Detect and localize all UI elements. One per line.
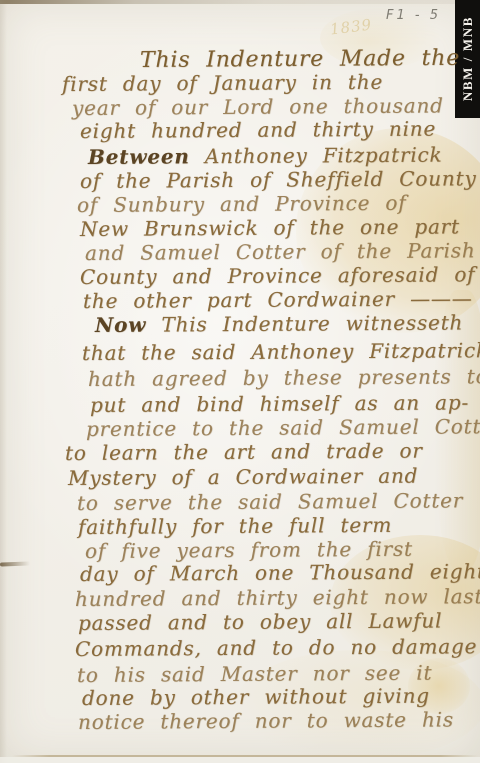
manuscript-line: put and bind himself as an ap-: [90, 390, 469, 417]
archive-label-text: NBM / MNB: [460, 16, 476, 101]
manuscript-line: to serve the said Samuel Cotter: [77, 488, 463, 515]
manuscript-line: Commands, and to do no damage: [75, 634, 477, 661]
manuscript-line: eight hundred and thirty nine: [80, 117, 436, 143]
manuscript-line: notice thereof nor to waste his: [78, 707, 454, 734]
manuscript-line: Now This Indenture witnesseth: [95, 310, 463, 337]
manuscript-line: first day of January in the: [62, 70, 383, 96]
manuscript-word-emphasis: Between: [88, 144, 190, 169]
manuscript-line: This Indenture Made the: [140, 46, 460, 73]
manuscript-line: day of March one Thousand eight: [80, 559, 480, 586]
manuscript-scan: 1839 F1 - 5 NBM / MNB This Indenture Mad…: [0, 0, 480, 763]
manuscript-line: and Samuel Cotter of the Parish: [85, 238, 476, 265]
manuscript-line: prentice to the said Samuel Cotter: [86, 414, 480, 441]
manuscript-line: the other part Cordwainer ———: [83, 286, 473, 313]
catalog-number: F1 - 5: [386, 8, 441, 23]
manuscript-line: hundred and thirty eight now last: [75, 584, 480, 611]
manuscript-line-rest: Anthoney Fitzpatrick: [190, 143, 443, 169]
manuscript-line: of the Parish of Sheffield County: [80, 166, 477, 193]
manuscript-line: hath agreed by these presents to: [88, 364, 480, 391]
manuscript-line: County and Province aforesaid of: [80, 262, 476, 289]
crease-mark: [0, 561, 30, 566]
manuscript-line: done by other without giving: [82, 684, 430, 710]
manuscript-line: of Sunbury and Province of: [77, 191, 407, 217]
manuscript-line: Between Anthoney Fitzpatrick: [88, 143, 443, 169]
scan-left-edge: [0, 0, 7, 763]
paper-below-fold: [0, 757, 480, 763]
manuscript-line: passed and to obey all Lawful: [78, 608, 442, 635]
scan-top-edge: [0, 0, 480, 4]
manuscript-line-rest: This Indenture witnesseth: [146, 310, 463, 336]
manuscript-line: New Brunswick of the one part: [80, 214, 460, 241]
manuscript-line: faithfully for the full term: [78, 513, 392, 539]
manuscript-line: to learn the art and trade or: [65, 439, 423, 465]
manuscript-line: Mystery of a Cordwainer and: [68, 464, 418, 490]
faint-year-mark: 1839: [329, 15, 373, 38]
manuscript-word-emphasis: Now: [95, 313, 146, 337]
manuscript-line: that the said Anthoney Fitzpatrick: [82, 338, 480, 365]
